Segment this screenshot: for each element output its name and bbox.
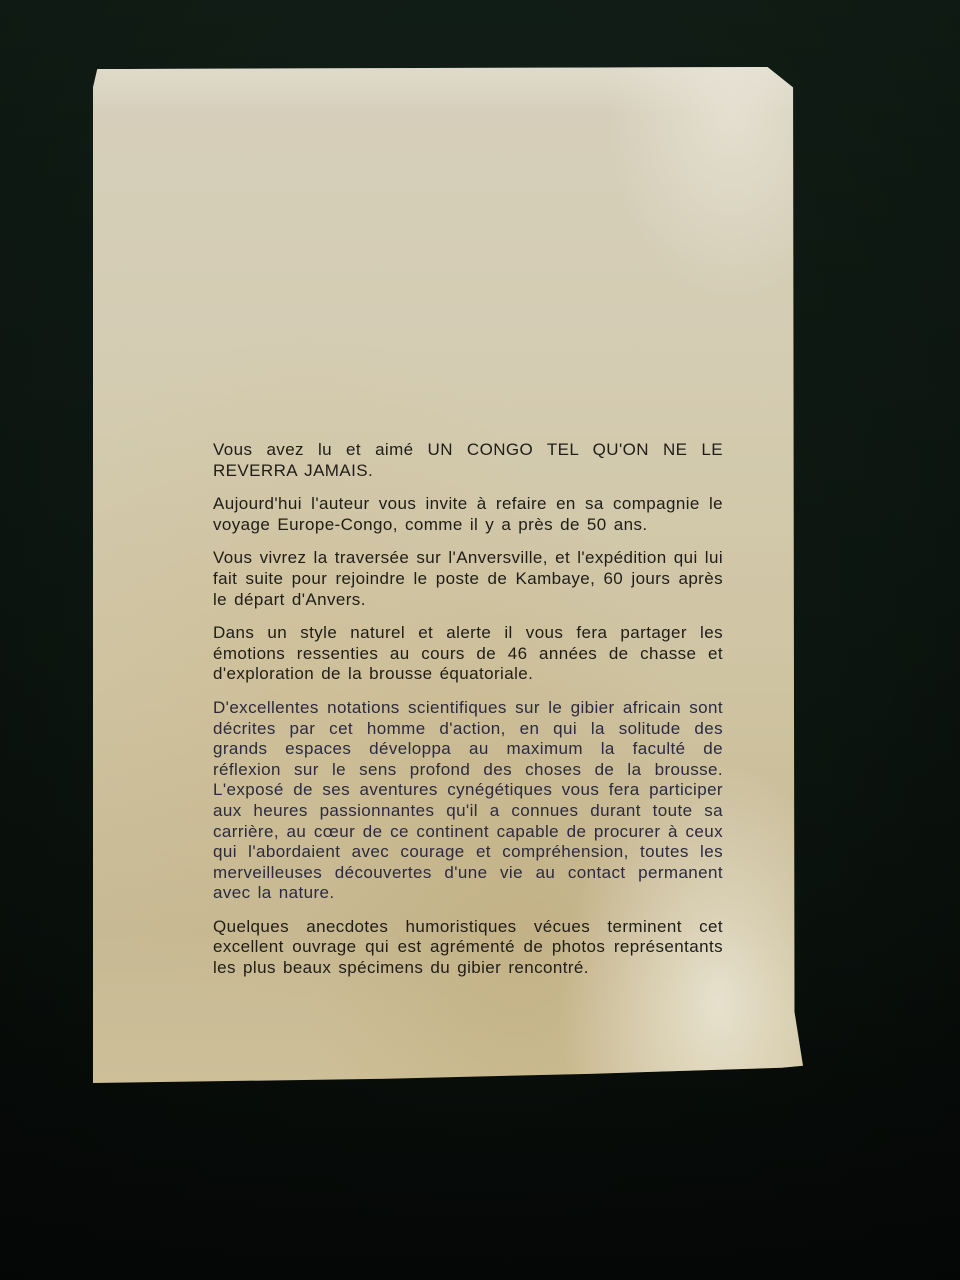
- blurb-paragraph-1: Vous avez lu et aimé UN CONGO TEL QU'ON …: [213, 440, 723, 481]
- blurb-paragraph-5: D'excellentes notations scientifiques su…: [213, 698, 723, 904]
- back-cover-blurb: Vous avez lu et aimé UN CONGO TEL QU'ON …: [213, 440, 723, 992]
- cover-top-fold: [93, 67, 803, 113]
- blurb-paragraph-3: Vous vivrez la traversée sur l'Anversvil…: [213, 548, 723, 610]
- book-back-cover: Vous avez lu et aimé UN CONGO TEL QU'ON …: [93, 67, 803, 1083]
- blurb-paragraph-2: Aujourd'hui l'auteur vous invite à refai…: [213, 494, 723, 535]
- blurb-paragraph-6: Quelques anecdotes humoristiques vécues …: [213, 917, 723, 979]
- blurb-paragraph-4: Dans un style naturel et alerte il vous …: [213, 623, 723, 685]
